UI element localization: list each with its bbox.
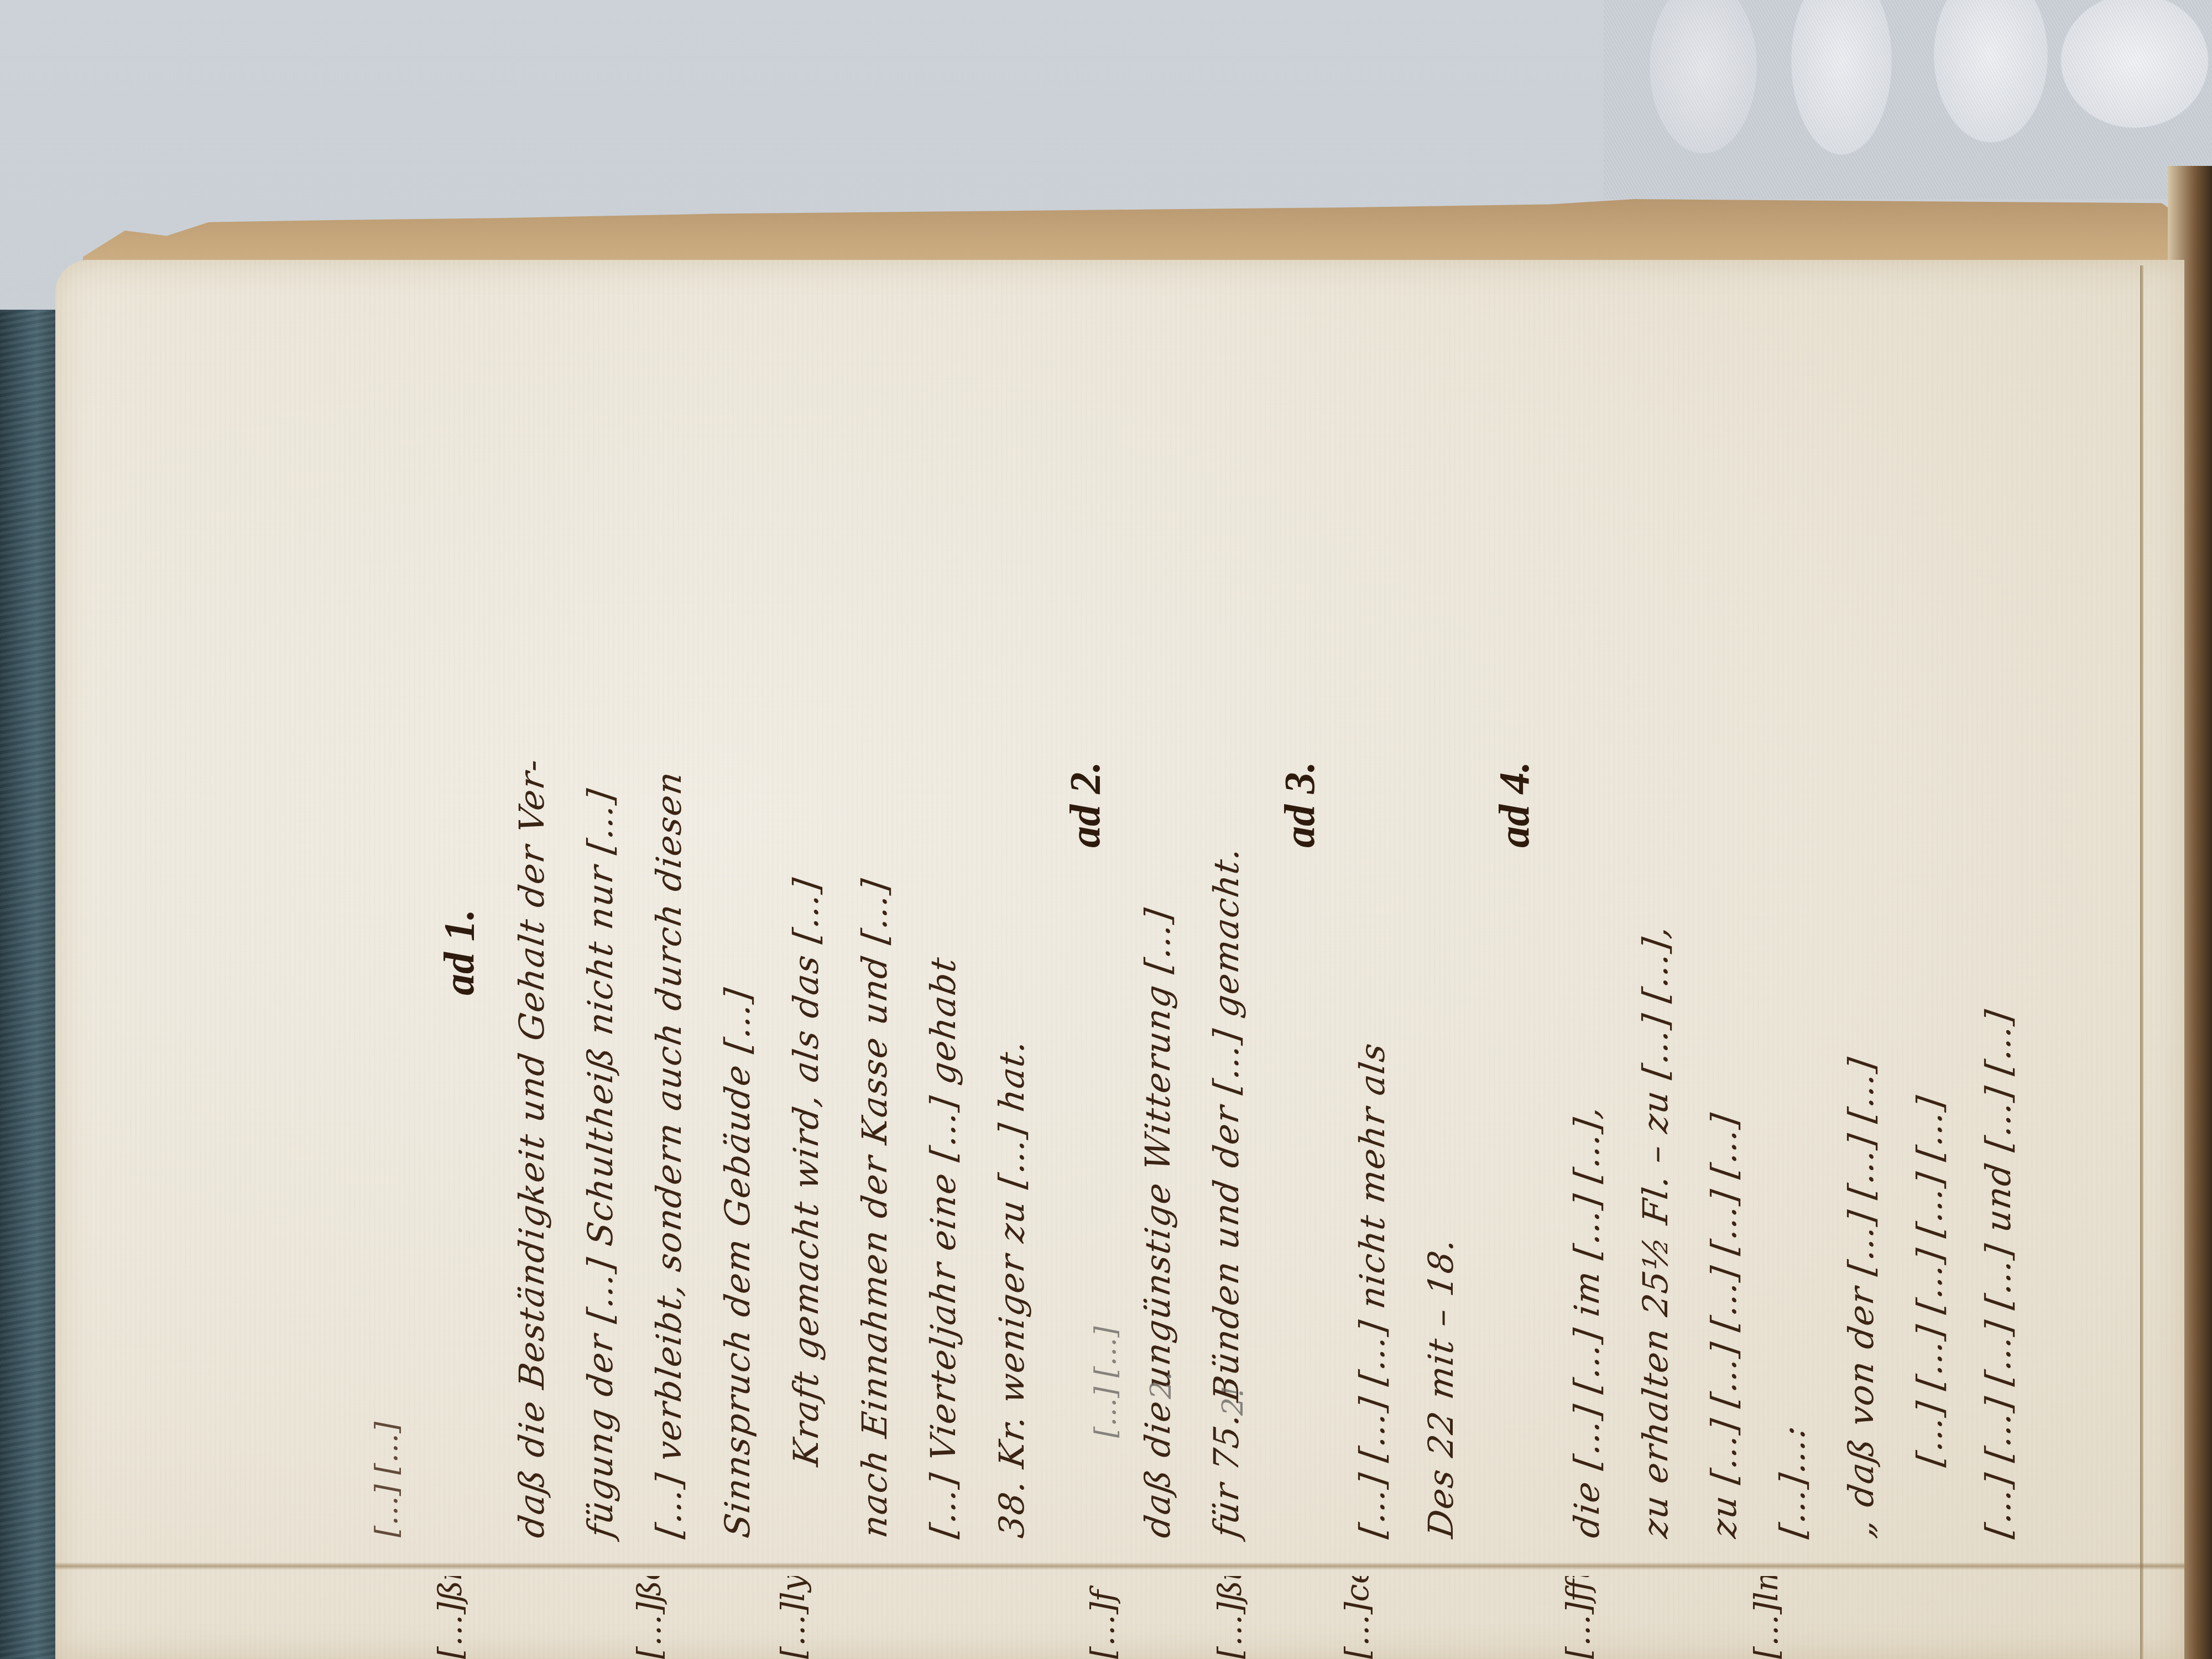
text-line: daß die Beständigkeit und Gehalt der Ver… bbox=[498, 233, 566, 1542]
text-line: für 75. Bünden und der […] gemacht. bbox=[1192, 233, 1261, 1542]
page-fold bbox=[55, 1562, 2184, 1570]
text-line: zu […] […] […] […] […] bbox=[1690, 233, 1759, 1542]
text-line: […] verbleibt, sondern auch durch diesen bbox=[635, 233, 703, 1542]
facing-page: […]ßig […]ßen […]ly […]f […]ßt […]ce […]… bbox=[55, 1576, 2046, 1659]
text-line: […] […] […] nicht mehr als bbox=[1338, 233, 1407, 1542]
text-line: zu erhalten 25½ Fl. – zu […] […], bbox=[1621, 233, 1690, 1542]
text-line: nach Einnahmen der Kasse und […] bbox=[841, 233, 909, 1542]
facing-fragment: […]ffte bbox=[1559, 1576, 1597, 1659]
text-line: 38. Kr. weniger zu […] hat. bbox=[978, 233, 1046, 1542]
text-line: fügung der […] Schultheiß nicht nur […] bbox=[566, 233, 635, 1542]
text-line: die […] […] im […] […], bbox=[1553, 233, 1621, 1542]
text-line: daß die ungünstige Witterung […] bbox=[1124, 233, 1192, 1542]
text-line: […] Vierteljahr eine […] gehabt bbox=[909, 233, 978, 1542]
facing-fragment: […]ly bbox=[774, 1576, 812, 1659]
facing-fragment: […]f bbox=[1084, 1590, 1121, 1659]
facing-fragment: […]ßt bbox=[1211, 1576, 1249, 1659]
text-line: […]…: bbox=[1759, 233, 1827, 1542]
text-line: Kraft gemacht wird, als das […] bbox=[772, 233, 841, 1542]
margin-note-3: 2! bbox=[1217, 1386, 1250, 1416]
facing-fragment: […]ßen bbox=[630, 1576, 668, 1659]
manuscript-text: […] […] ad 1. daß die Beständigkeit und … bbox=[354, 238, 2013, 1537]
text-line: […] […] […] […] […] bbox=[1896, 233, 1964, 1542]
white-glove-hand bbox=[1604, 0, 2212, 199]
facing-fragment: […]lmen bbox=[1747, 1576, 1785, 1659]
facing-fragment: […]ßig bbox=[431, 1576, 469, 1659]
book-cover bbox=[0, 310, 61, 1659]
facing-fragment: […]ce bbox=[1338, 1576, 1376, 1659]
header-note: […] […] bbox=[354, 238, 420, 1537]
margin-note-2: 2. bbox=[1145, 1371, 1178, 1399]
text-line: […] […] […] […] und […] […] bbox=[1964, 233, 2033, 1542]
margin-note-pencil: […] […] bbox=[1089, 1326, 1123, 1438]
section-heading-1: ad 1. bbox=[420, 238, 498, 1537]
text-line: „ daß von der […] […] […] bbox=[1827, 233, 1896, 1542]
text-line: Des 22 mit – 18. bbox=[1407, 233, 1475, 1542]
text-line: Sinnspruch dem Gebäude […] bbox=[703, 233, 772, 1542]
section-heading-4: ad 4. bbox=[1475, 238, 1553, 1537]
gutter-line bbox=[2140, 265, 2143, 1659]
section-heading-3: ad 3. bbox=[1261, 238, 1338, 1537]
